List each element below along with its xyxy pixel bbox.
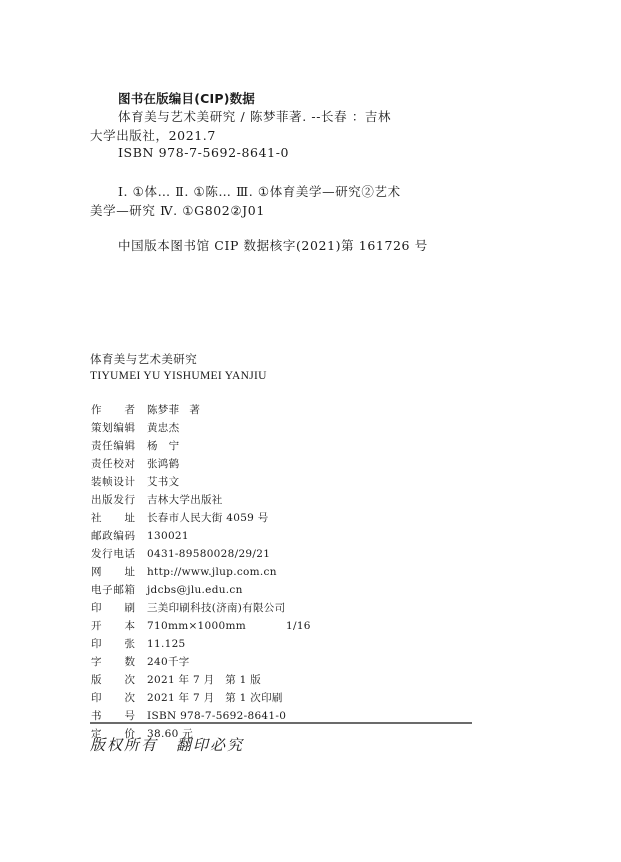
- colophon-value-text: http://www.jlup.com.cn: [147, 566, 277, 578]
- colophon-label-char: 印: [91, 599, 102, 617]
- colophon-label-char: 张: [125, 635, 136, 653]
- colophon-row: 装帧设计艾书文: [91, 473, 311, 491]
- colophon-label-char: 发: [113, 491, 124, 509]
- colophon-label-char: 编: [113, 437, 124, 455]
- colophon-label-char: 邮: [91, 527, 102, 545]
- colophon-label-char: 计: [124, 473, 135, 491]
- colophon-label-char: 作: [91, 401, 102, 419]
- colophon-label-char: 次: [125, 689, 136, 707]
- colophon-row: 出版发行吉林大学出版社: [91, 491, 311, 509]
- colophon-value: 710mm×1000mm1/16: [147, 617, 311, 635]
- colophon-label: 版次: [91, 671, 135, 689]
- colophon-value: 2021 年 7 月 第 1 次印刷: [147, 689, 283, 707]
- colophon-row: 版次2021 年 7 月 第 1 版: [91, 671, 311, 689]
- colophon-label-char: 任: [102, 455, 113, 473]
- colophon-value-text: 240千字: [147, 656, 190, 668]
- colophon-label-char: 电: [113, 545, 124, 563]
- colophon-row: 邮政编码130021: [91, 527, 311, 545]
- colophon-label-char: 版: [91, 671, 102, 689]
- colophon-value-text: 三美印刷科技(济南)有限公司: [147, 602, 285, 614]
- colophon-label-char: 印: [91, 689, 102, 707]
- copyright-notice: 版权所有翻印必究: [90, 734, 244, 755]
- colophon-value: jdcbs@jlu.edu.cn: [147, 581, 243, 599]
- cip-record-line-2: 大学出版社，2021.7: [90, 126, 216, 144]
- colophon-value: 张鸿鹤: [147, 455, 179, 473]
- colophon-table: 作者陈梦菲著策划编辑黄忠杰责任编辑杨 宁责任校对张鸿鹤装帧设计艾书文出版发行吉林…: [91, 401, 311, 743]
- colophon-label: 开本: [91, 617, 135, 635]
- divider-rule: [90, 722, 472, 724]
- book-title-chinese: 体育美与艺术美研究: [90, 351, 197, 367]
- colophon-label: 社址: [91, 509, 135, 527]
- cip-isbn: ISBN 978-7-5692-8641-0: [118, 145, 289, 160]
- colophon-value-text: 710mm×1000mm: [147, 620, 246, 632]
- colophon-label-char: 印: [91, 635, 102, 653]
- colophon-row: 印刷三美印刷科技(济南)有限公司: [91, 599, 311, 617]
- colophon-label: 出版发行: [91, 491, 135, 509]
- colophon-value-text: 长春市人民大街 4059 号: [147, 512, 269, 524]
- cip-classification-line-2: 美学—研究 Ⅳ. ①G802②J01: [90, 201, 265, 219]
- colophon-row: 网址http://www.jlup.com.cn: [91, 563, 311, 581]
- colophon-label-char: 网: [91, 563, 102, 581]
- colophon-label-char: 行: [124, 491, 135, 509]
- colophon-label-char: 出: [91, 491, 102, 509]
- colophon-label-char: 行: [102, 545, 113, 563]
- colophon-label-char: 策: [91, 419, 102, 437]
- colophon-label-char: 装: [91, 473, 102, 491]
- cip-classification-line-1: Ⅰ. ①体… Ⅱ. ①陈… Ⅲ. ①体育美学—研究②艺术: [118, 182, 401, 200]
- copyright-all-rights-reserved: 版权所有: [90, 736, 158, 754]
- colophon-value-text: ISBN 978-7-5692-8641-0: [147, 710, 286, 722]
- colophon-label-char: 话: [124, 545, 135, 563]
- colophon-label-char: 政: [102, 527, 113, 545]
- colophon-label-char: 校: [113, 455, 124, 473]
- colophon-value-text: 130021: [147, 530, 189, 542]
- colophon-label-char: 辑: [124, 419, 135, 437]
- colophon-label-char: 责: [91, 437, 102, 455]
- colophon-label-char: 址: [125, 509, 136, 527]
- colophon-row: 开本710mm×1000mm1/16: [91, 617, 311, 635]
- colophon-value: 艾书文: [147, 473, 179, 491]
- colophon-value-text: 陈梦菲: [147, 404, 179, 416]
- colophon-label-char: 邮: [113, 581, 124, 599]
- copyright-no-reproduction: 翻印必究: [176, 736, 244, 754]
- colophon-value-text: 杨 宁: [147, 440, 179, 452]
- colophon-label: 责任校对: [91, 455, 135, 473]
- colophon-label-char: 次: [125, 671, 136, 689]
- colophon-label-char: 码: [124, 527, 135, 545]
- colophon-value-extra: 著: [189, 404, 200, 416]
- colophon-value: 长春市人民大街 4059 号: [147, 509, 269, 527]
- colophon-value-text: 张鸿鹤: [147, 458, 179, 470]
- colophon-label-char: 箱: [124, 581, 135, 599]
- colophon-label-char: 版: [102, 491, 113, 509]
- colophon-label: 作者: [91, 401, 135, 419]
- colophon-label: 发行电话: [91, 545, 135, 563]
- colophon-value-text: 2021 年 7 月 第 1 版: [147, 674, 261, 686]
- colophon-label-char: 责: [91, 455, 102, 473]
- colophon-label: 装帧设计: [91, 473, 135, 491]
- colophon-label-char: 编: [113, 419, 124, 437]
- colophon-label: 责任编辑: [91, 437, 135, 455]
- colophon-row: 社址长春市人民大街 4059 号: [91, 509, 311, 527]
- colophon-value: 黄忠杰: [147, 419, 179, 437]
- colophon-label-char: 开: [91, 617, 102, 635]
- colophon-value-text: 吉林大学出版社: [147, 494, 223, 506]
- colophon-value-text: 11.125: [147, 638, 186, 650]
- colophon-label: 印刷: [91, 599, 135, 617]
- colophon-label-char: 刷: [125, 599, 136, 617]
- colophon-value-text: jdcbs@jlu.edu.cn: [147, 584, 243, 596]
- cip-record-line-1: 体育美与艺术美研究 / 陈梦菲著. --长春 ：吉林: [118, 107, 391, 125]
- colophon-row: 印张11.125: [91, 635, 311, 653]
- colophon-value: 陈梦菲著: [147, 401, 200, 419]
- colophon-value: 11.125: [147, 635, 186, 653]
- colophon-label-char: 发: [91, 545, 102, 563]
- colophon-label-char: 本: [125, 617, 136, 635]
- colophon-value-text: 艾书文: [147, 476, 179, 488]
- colophon-value-text: 0431-89580028/29/21: [147, 548, 270, 560]
- colophon-value: 杨 宁: [147, 437, 179, 455]
- colophon-value-text: 黄忠杰: [147, 422, 179, 434]
- colophon-row: 责任校对张鸿鹤: [91, 455, 311, 473]
- colophon-value: 130021: [147, 527, 189, 545]
- colophon-label-char: 任: [102, 437, 113, 455]
- cip-library-record: 中国版本图书馆 CIP 数据核字(2021)第 161726 号: [118, 236, 428, 254]
- cip-heading: 图书在版编目(CIP)数据: [118, 89, 255, 107]
- colophon-label: 字数: [91, 653, 135, 671]
- colophon-value: 吉林大学出版社: [147, 491, 223, 509]
- colophon-value-text: 2021 年 7 月 第 1 次印刷: [147, 692, 283, 704]
- colophon-label: 印次: [91, 689, 135, 707]
- colophon-label-char: 社: [91, 509, 102, 527]
- colophon-label-char: 者: [125, 401, 136, 419]
- colophon-row: 印次2021 年 7 月 第 1 次印刷: [91, 689, 311, 707]
- colophon-label: 网址: [91, 563, 135, 581]
- colophon-row: 电子邮箱jdcbs@jlu.edu.cn: [91, 581, 311, 599]
- colophon-label-char: 址: [125, 563, 136, 581]
- colophon-label-char: 子: [102, 581, 113, 599]
- colophon-value: http://www.jlup.com.cn: [147, 563, 277, 581]
- colophon-label-char: 设: [113, 473, 124, 491]
- colophon-label-char: 帧: [102, 473, 113, 491]
- colophon-row: 字数240千字: [91, 653, 311, 671]
- colophon-label: 策划编辑: [91, 419, 135, 437]
- colophon-value: 2021 年 7 月 第 1 版: [147, 671, 261, 689]
- book-title-pinyin: TIYUMEI YU YISHUMEI YANJIU: [90, 370, 267, 382]
- colophon-label-char: 编: [113, 527, 124, 545]
- colophon-label-char: 划: [102, 419, 113, 437]
- colophon-label-char: 字: [91, 653, 102, 671]
- colophon-value: 三美印刷科技(济南)有限公司: [147, 599, 285, 617]
- colophon-label-char: 电: [91, 581, 102, 599]
- colophon-label-char: 对: [124, 455, 135, 473]
- colophon-value-extra: 1/16: [286, 620, 311, 632]
- colophon-label-char: 辑: [124, 437, 135, 455]
- colophon-row: 作者陈梦菲著: [91, 401, 311, 419]
- colophon-row: 责任编辑杨 宁: [91, 437, 311, 455]
- colophon-label: 印张: [91, 635, 135, 653]
- colophon-label-char: 数: [125, 653, 136, 671]
- colophon-value: 240千字: [147, 653, 190, 671]
- colophon-label: 邮政编码: [91, 527, 135, 545]
- colophon-row: 发行电话0431-89580028/29/21: [91, 545, 311, 563]
- colophon-row: 策划编辑黄忠杰: [91, 419, 311, 437]
- colophon-label: 电子邮箱: [91, 581, 135, 599]
- colophon-value: 0431-89580028/29/21: [147, 545, 270, 563]
